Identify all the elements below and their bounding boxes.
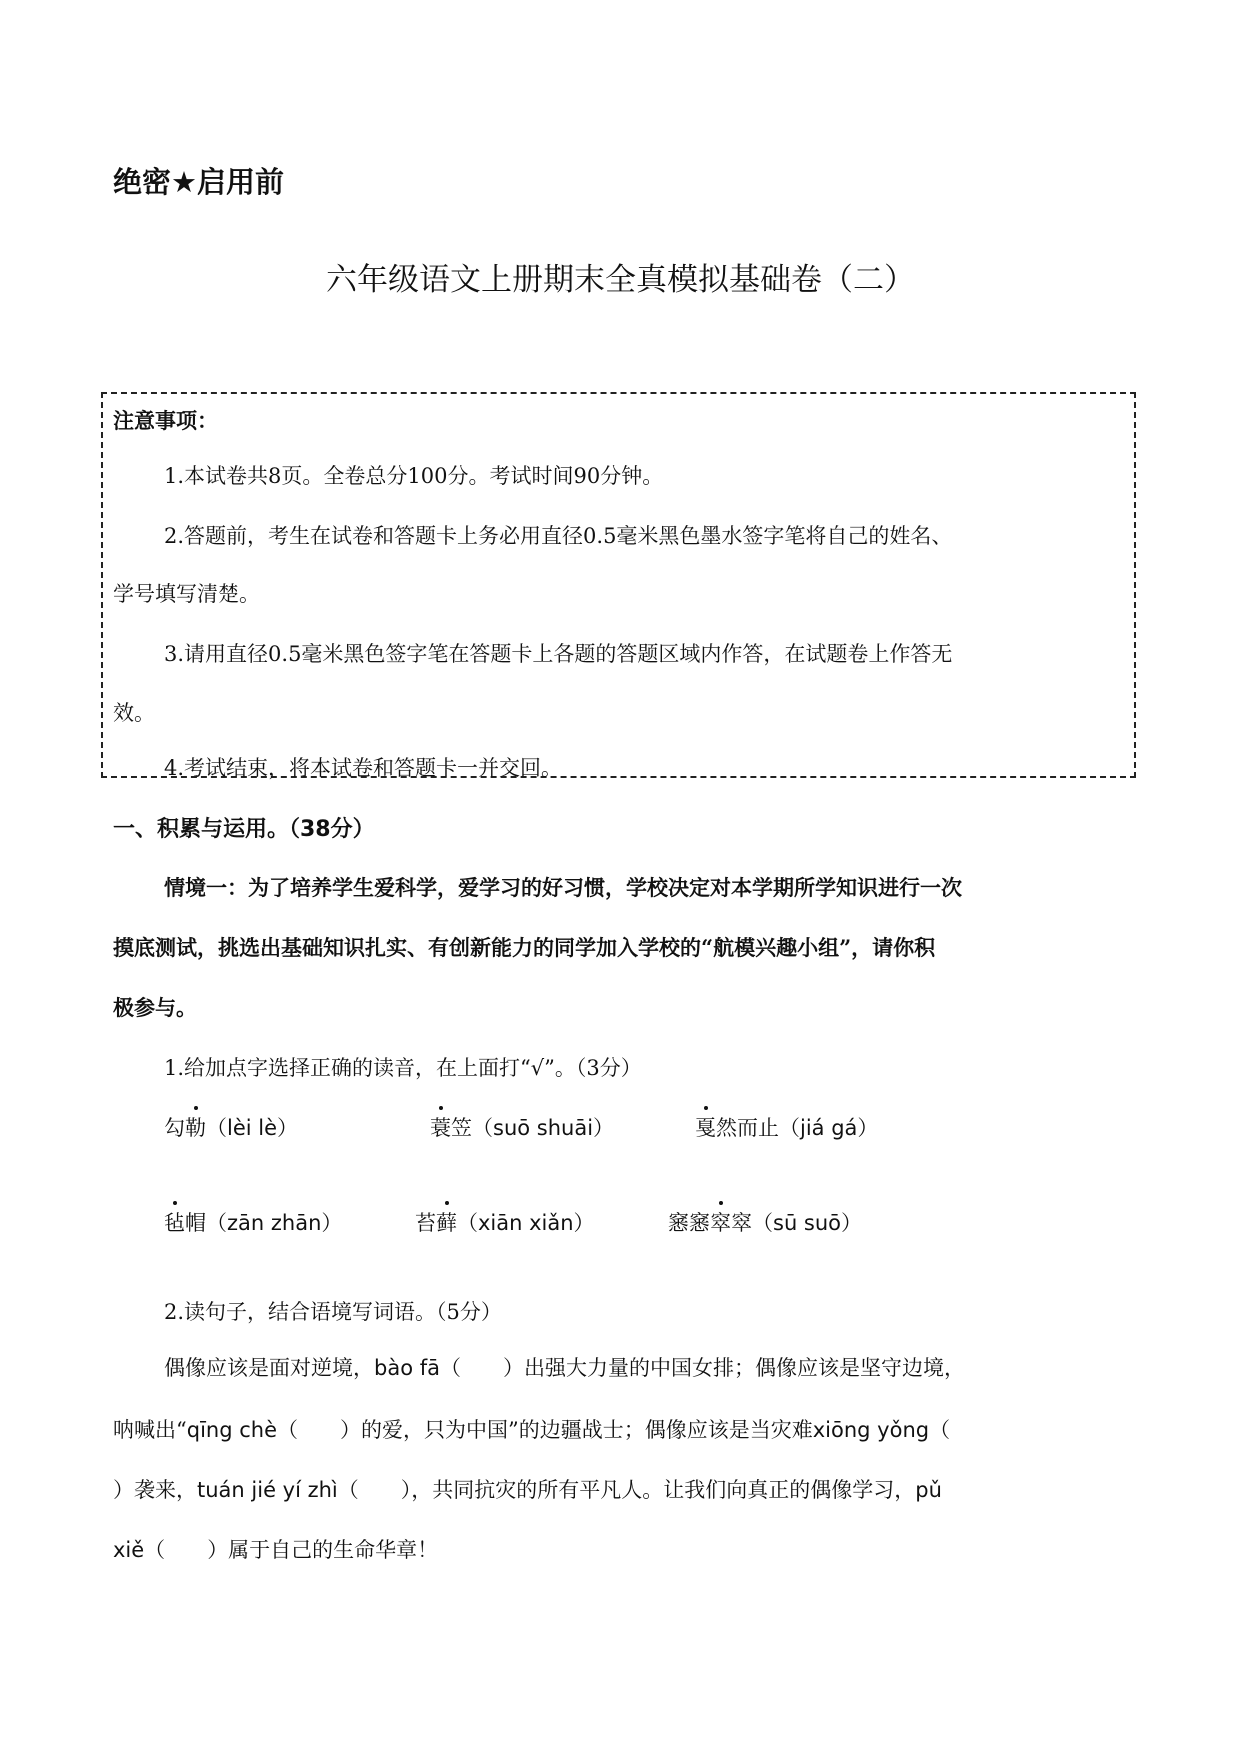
notice-item-3-cont: 效。: [113, 697, 155, 727]
dotted-char: 毡: [164, 1207, 185, 1237]
pinyin-prompt: xiě（: [113, 1538, 165, 1562]
dotted-char: 藓: [436, 1207, 457, 1237]
pinyin-prompt: qīng chè（: [187, 1418, 298, 1442]
q1-item: 蓑笠（suō shuāi）: [430, 1112, 614, 1142]
q1-item-text: 勾: [164, 1116, 185, 1140]
q1-item-text: 帽: [185, 1211, 206, 1235]
q2-text: ）袭来，: [113, 1478, 197, 1502]
section-heading: 一、积累与运用。（38分）: [113, 812, 375, 843]
dotted-char: 窣: [710, 1207, 731, 1237]
pinyin-options[interactable]: （xiān xiǎn）: [457, 1211, 595, 1235]
notice-item-3: 3.请用直径0.5毫米黑色签字笔在答题卡上各题的答题区域内作答，在试题卷上作答无: [164, 638, 952, 668]
notice-item-4: 4.考试结束，将本试卷和答题卡一并交回。: [164, 752, 562, 782]
notice-item-2: 2.答题前，考生在试卷和答题卡上务必用直径0.5毫米黑色墨水签字笔将自己的姓名、: [164, 520, 952, 550]
situation-line-2: 摸底测试，挑选出基础知识扎实、有创新能力的同学加入学校的“航模兴趣小组”，请你积: [113, 932, 935, 962]
q1-item: 毡帽（zān zhān）: [164, 1207, 342, 1237]
pinyin-options[interactable]: （lèi lè）: [206, 1116, 298, 1140]
q2-text: ）的爱，只为中国”的边疆战士；偶像应该是当灾难: [340, 1418, 813, 1442]
q2-text: 呐喊出“: [113, 1418, 187, 1442]
notice-item-2-cont: 学号填写清楚。: [113, 578, 260, 608]
q1-item: 戛然而止（jiá gá）: [695, 1112, 878, 1142]
q2-text: ）出强大力量的中国女排；偶像应该是坚守边境，: [503, 1356, 965, 1380]
page-title: 六年级语文上册期末全真模拟基础卷（二）: [0, 254, 1241, 299]
q1-item-text: 苔: [415, 1211, 436, 1235]
pinyin-prompt: bào fā（: [374, 1356, 461, 1380]
pinyin-options[interactable]: （jiá gá）: [779, 1116, 878, 1140]
confidential-label: 绝密★启用前: [113, 160, 284, 201]
pinyin-prompt: xiōng yǒng（: [813, 1418, 950, 1442]
pinyin-options[interactable]: （suō shuāi）: [472, 1116, 614, 1140]
q2-line-3: ）袭来，tuán jié yí zhì（），共同抗灾的所有平凡人。让我们向真正的…: [113, 1474, 942, 1504]
q2-text: 偶像应该是面对逆境，: [164, 1356, 374, 1380]
pinyin-options[interactable]: （zān zhān）: [206, 1211, 342, 1235]
pinyin-prompt: pǔ: [915, 1478, 942, 1502]
situation-line-1: 情境一：为了培养学生爱科学，爱学习的好习惯，学校决定对本学期所学知识进行一次: [164, 872, 962, 902]
pinyin-prompt: tuán jié yí zhì（: [197, 1478, 359, 1502]
q1-item-text: 窸窸: [668, 1211, 710, 1235]
q2-line-2: 呐喊出“qīng chè（）的爱，只为中国”的边疆战士；偶像应该是当灾难xiōn…: [113, 1414, 950, 1444]
q1-item: 勾勒（lèi lè）: [164, 1112, 298, 1142]
q1-item: 窸窸窣窣（sū suō）: [668, 1207, 862, 1237]
q1-item-text: 然而止: [716, 1116, 779, 1140]
q2-line-4: xiě（）属于自己的生命华章！: [113, 1534, 438, 1564]
q2-line-1: 偶像应该是面对逆境，bào fā（）出强大力量的中国女排；偶像应该是坚守边境，: [164, 1352, 965, 1382]
q1-item: 苔藓（xiān xiǎn）: [415, 1207, 595, 1237]
notice-item-1: 1.本试卷共8页。全卷总分100分。考试时间90分钟。: [164, 460, 663, 490]
q2-text: ），共同抗灾的所有平凡人。让我们向真正的偶像学习，: [401, 1478, 916, 1502]
dotted-char: 勒: [185, 1112, 206, 1142]
q2-text: ）属于自己的生命华章！: [207, 1538, 438, 1562]
q1-prompt: 1.给加点字选择正确的读音，在上面打“√”。（3分）: [164, 1052, 642, 1082]
pinyin-options[interactable]: （sū suō）: [752, 1211, 862, 1235]
q1-item-text: 笠: [451, 1116, 472, 1140]
dotted-char: 戛: [695, 1112, 716, 1142]
q2-prompt: 2.读句子，结合语境写词语。（5分）: [164, 1296, 502, 1326]
dotted-char: 蓑: [430, 1112, 451, 1142]
situation-line-3: 极参与。: [113, 992, 197, 1022]
q1-item-text: 窣: [731, 1211, 752, 1235]
notice-heading: 注意事项：: [113, 405, 218, 435]
